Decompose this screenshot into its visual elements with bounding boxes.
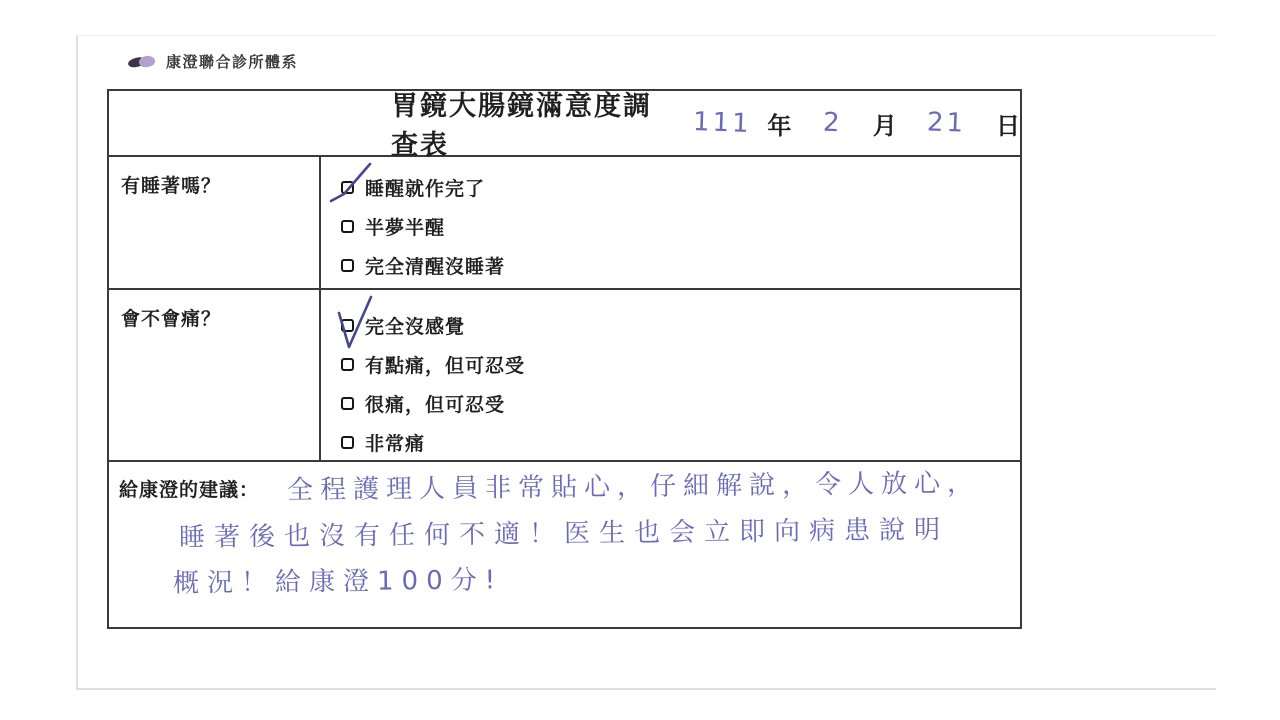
option-row: 非常痛 (341, 429, 525, 455)
option-label: 非常痛 (365, 429, 425, 456)
question-row-sleep: 有睡著嗎？ 睡醒就作完了 半夢半醒 完全清醒沒睡著 (109, 157, 1020, 290)
clinic-logo-icon (128, 53, 158, 71)
option-label: 半夢半醒 (365, 213, 445, 240)
handwritten-suggestion-line: 概況！給康澄100分! (173, 559, 503, 599)
option-row: 有點痛，但可忍受 (341, 351, 525, 377)
option-label: 很痛，但可忍受 (365, 390, 505, 417)
title-row: 胃鏡大腸鏡滿意度調查表 111 年 2 月 21 日 (109, 91, 1020, 157)
question-label: 會不會痛？ (121, 309, 221, 330)
options-list: 完全沒感覺 有點痛，但可忍受 很痛，但可忍受 非常痛 (341, 290, 525, 455)
question-label-cell: 會不會痛？ (109, 290, 321, 460)
checkbox-icon (341, 319, 354, 332)
checkbox-icon (341, 259, 354, 272)
date-month-value: 2 (823, 108, 844, 139)
scanned-paper: 康澄聯合診所體系 胃鏡大腸鏡滿意度調查表 111 年 2 月 21 日 有睡著嗎… (76, 35, 1216, 690)
option-row: 完全沒感覺 (341, 312, 525, 338)
date-month-unit: 月 (873, 106, 897, 141)
date-day-unit: 日 (996, 106, 1020, 141)
clinic-brand: 康澄聯合診所體系 (128, 51, 298, 72)
question-label: 有睡著嗎？ (121, 176, 221, 197)
options-list: 睡醒就作完了 半夢半醒 完全清醒沒睡著 (341, 157, 505, 278)
clinic-name: 康澄聯合診所體系 (166, 51, 298, 72)
checkbox-icon (341, 181, 354, 194)
survey-table: 胃鏡大腸鏡滿意度調查表 111 年 2 月 21 日 有睡著嗎？ (107, 89, 1022, 629)
suggestion-row: 給康澄的建議： 全程護理人員非常貼心，仔細解說，令人放心， 睡著後也沒有任何不適… (109, 462, 1020, 627)
option-label: 完全沒感覺 (365, 312, 465, 339)
date-day-value: 21 (926, 107, 966, 138)
question-row-pain: 會不會痛？ 完全沒感覺 有點痛，但可忍受 很痛，但可 (109, 290, 1020, 462)
checkbox-icon (341, 358, 354, 371)
handwritten-suggestion-line: 睡著後也沒有任何不適！医生也会立即向病患說明 (179, 509, 949, 554)
option-row: 半夢半醒 (341, 213, 505, 239)
checkbox-icon (341, 436, 354, 449)
date-year-unit: 年 (767, 106, 791, 141)
suggestion-label: 給康澄的建議： (119, 475, 259, 502)
date-year-value: 111 (692, 107, 752, 139)
option-label: 有點痛，但可忍受 (365, 351, 525, 378)
handwritten-suggestion-line: 全程護理人員非常貼心，仔細解說，令人放心， (287, 462, 980, 506)
option-row: 完全清醒沒睡著 (341, 252, 505, 278)
checkbox-icon (341, 397, 354, 410)
form-title: 胃鏡大腸鏡滿意度調查表 (391, 84, 681, 162)
option-label: 睡醒就作完了 (365, 174, 485, 201)
question-label-cell: 有睡著嗎？ (109, 157, 321, 288)
option-row: 很痛，但可忍受 (341, 390, 525, 416)
option-label: 完全清醒沒睡著 (365, 252, 505, 279)
option-row: 睡醒就作完了 (341, 174, 505, 200)
title-line: 胃鏡大腸鏡滿意度調查表 111 年 2 月 21 日 (391, 91, 1020, 155)
checkbox-icon (341, 220, 354, 233)
